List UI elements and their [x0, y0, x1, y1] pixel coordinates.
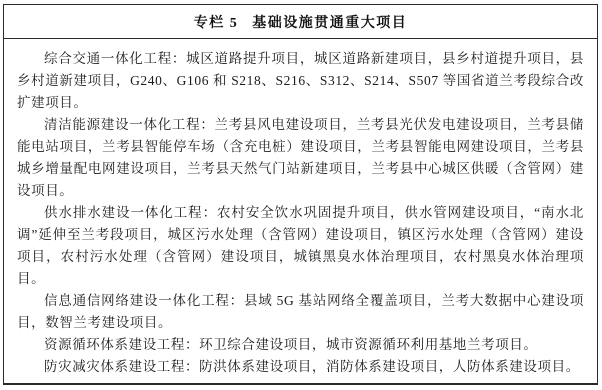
- paragraph-clean-energy: 清洁能源建设一体化工程：兰考县风电建设项目，兰考县光伏发电建设项目，兰考县储能电…: [17, 114, 584, 202]
- paragraph-water-supply-drainage: 供水排水建设一体化工程：农村安全饮水巩固提升项目，供水管网建设项目，“南水北调”…: [17, 202, 584, 290]
- paragraph-disaster-prevention: 防灾减灾体系建设工程：防洪体系建设项目，消防体系建设项目，人防体系建设项目。: [17, 356, 584, 378]
- panel-title: 专栏 5 基础设施贯通重大项目: [4, 5, 597, 39]
- paragraph-information-network: 信息通信网络建设一体化工程：县域 5G 基站网络全覆盖项目，兰考大数据中心建设项…: [17, 290, 584, 334]
- paragraph-transport: 综合交通一体化工程：城区道路提升项目，城区道路新建项目，县乡村道提升项目，县乡村…: [17, 48, 584, 114]
- panel-title-text: 基础设施贯通重大项目: [252, 12, 407, 32]
- panel-title-label: 专栏 5: [194, 12, 239, 32]
- panel-body: 综合交通一体化工程：城区道路提升项目，城区道路新建项目，县乡村道提升项目，县乡村…: [4, 39, 597, 383]
- paragraph-resource-recycling: 资源循环体系建设工程：环卫综合建设项目，城市资源循环利用基地兰考项目。: [17, 334, 584, 356]
- column-panel: 专栏 5 基础设施贯通重大项目 综合交通一体化工程：城区道路提升项目，城区道路新…: [3, 4, 598, 385]
